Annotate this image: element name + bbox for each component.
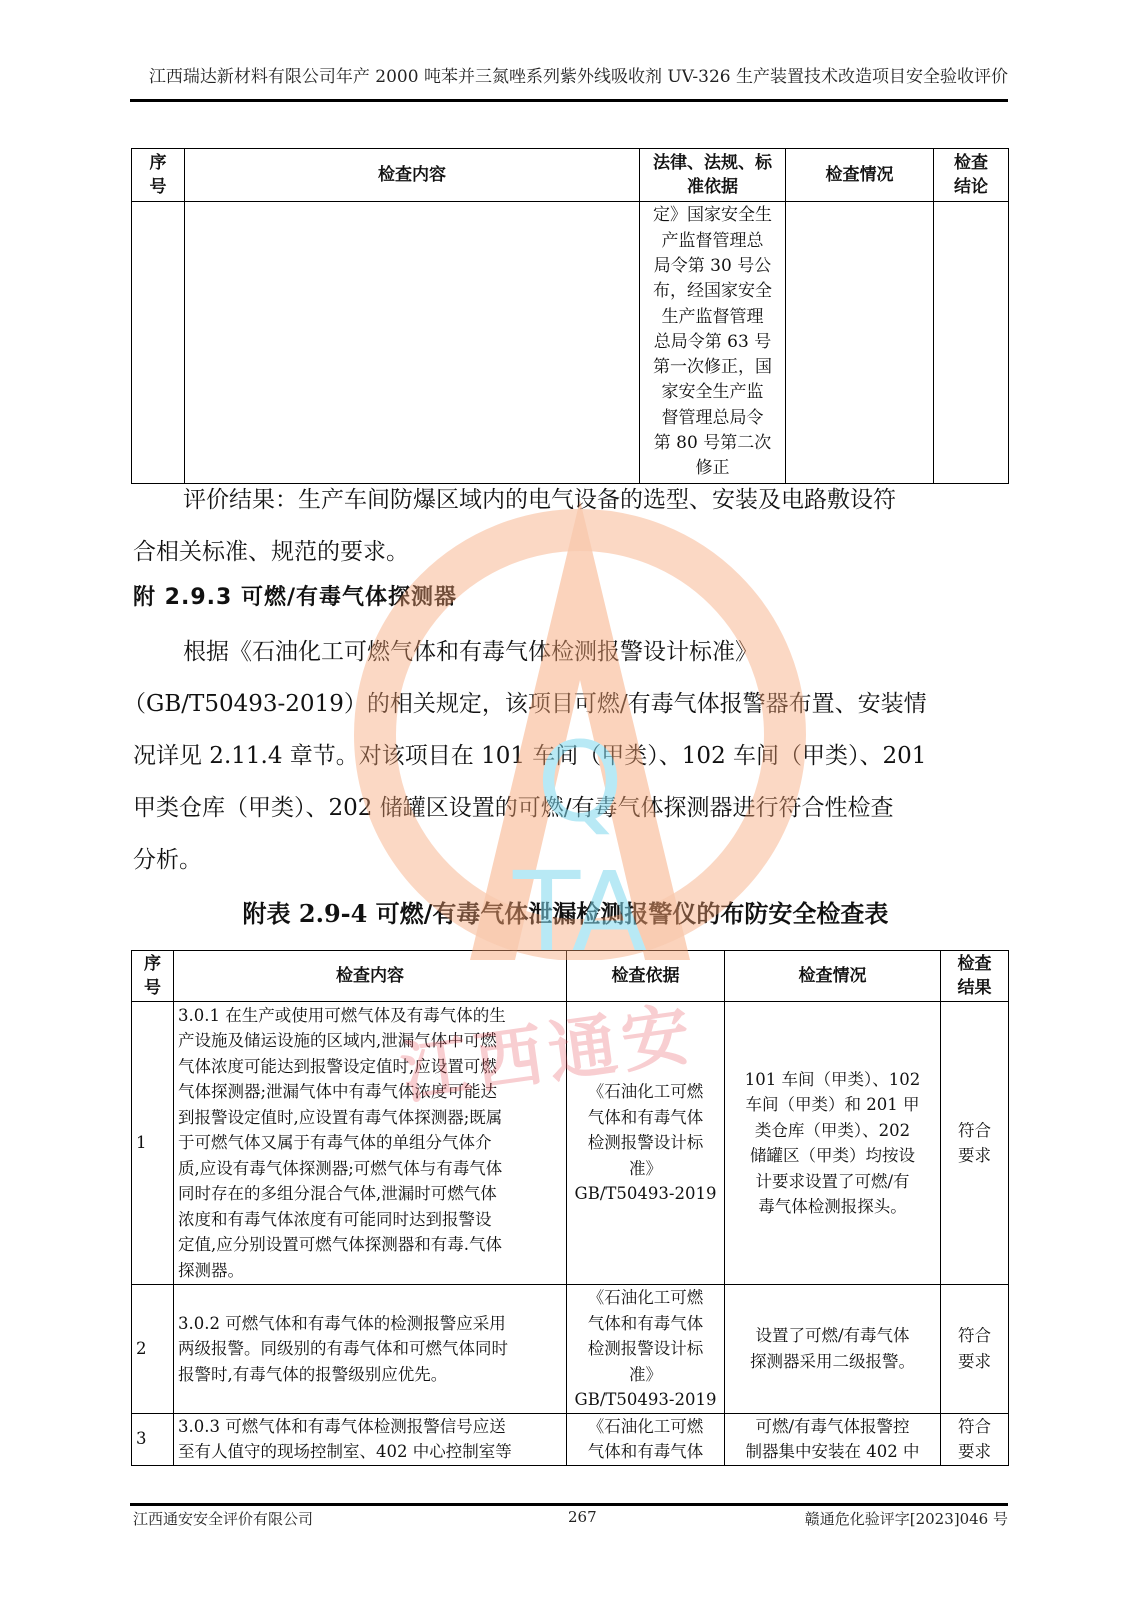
legal-basis-table: 序 号 检查内容 法律、法规、标 准依据 检查情况 检查 结论 定》国家安全生 …	[131, 148, 1009, 484]
col-header-situation: 检查情况	[786, 149, 934, 202]
para-line: 甲类仓库（甲类）、202 储罐区设置的可燃/有毒气体探测器进行符合性检查	[133, 795, 893, 821]
cell-content: 3.0.1 在生产或使用可燃气体及有毒气体的生 产设施及储运设施的区域内,泄漏气…	[174, 1002, 567, 1285]
cell-basis: 定》国家安全生 产监督管理总 局令第 30 号公 布，经国家安全 生产监督管理 …	[640, 202, 786, 484]
footer-doc-number: 赣通危化验评字[2023]046 号	[805, 1508, 1008, 1529]
cell-basis: 《石油化工可燃 气体和有毒气体	[567, 1413, 725, 1465]
header-rule	[130, 99, 1008, 102]
evaluation-result-line2: 合相关标准、规范的要求。	[133, 539, 409, 565]
table-header-row: 序 号 检查内容 检查依据 检查情况 检查 结果	[132, 951, 1009, 1002]
table-row: 定》国家安全生 产监督管理总 局令第 30 号公 布，经国家安全 生产监督管理 …	[132, 202, 1009, 484]
cell-conclusion	[934, 202, 1009, 484]
col-header-result: 检查 结果	[941, 951, 1009, 1002]
cell-number: 3	[132, 1413, 174, 1465]
page-header-title: 江西瑞达新材料有限公司年产 2000 吨苯并三氮唑系列紫外线吸收剂 UV-326…	[130, 62, 1008, 87]
footer-company: 江西通安安全评价有限公司	[133, 1508, 313, 1529]
col-header-number: 序 号	[132, 149, 185, 202]
table-header-row: 序 号 检查内容 法律、法规、标 准依据 检查情况 检查 结论	[132, 149, 1009, 202]
cell-result: 符合 要求	[941, 1413, 1009, 1465]
cell-situation: 设置了可燃/有毒气体 探测器采用二级报警。	[725, 1285, 941, 1414]
para-line: 分析。	[133, 847, 202, 873]
cell-basis: 《石油化工可燃 气体和有毒气体 检测报警设计标 准》 GB/T50493-201…	[567, 1002, 725, 1285]
table-row: 1 3.0.1 在生产或使用可燃气体及有毒气体的生 产设施及储运设施的区域内,泄…	[132, 1002, 1009, 1285]
footer-page-number: 267	[568, 1508, 597, 1526]
cell-situation: 101 车间（甲类）、102 车间（甲类）和 201 甲 类仓库（甲类）、202…	[725, 1002, 941, 1285]
evaluation-result: 评价结果：生产车间防爆区域内的电气设备的选型、安装及电路敷设符 合相关标准、规范…	[133, 474, 1008, 578]
cell-number: 1	[132, 1002, 174, 1285]
table-caption: 附表 2.9-4 可燃/有毒气体泄漏检测报警仪的布防安全检查表	[0, 894, 1131, 929]
col-header-number: 序 号	[132, 951, 174, 1002]
col-header-basis: 检查依据	[567, 951, 725, 1002]
para-line: 况详见 2.11.4 章节。对该项目在 101 车间（甲类）、102 车间（甲类…	[133, 743, 926, 769]
section-paragraph: 根据《石油化工可燃气体和有毒气体检测报警设计标准》 （GB/T50493-201…	[133, 626, 1008, 886]
cell-result: 符合 要求	[941, 1002, 1009, 1285]
para-line: （GB/T50493-2019）的相关规定，该项目可燃/有毒气体报警器布置、安装…	[123, 691, 927, 717]
gas-detector-check-table: 序 号 检查内容 检查依据 检查情况 检查 结果 1 3.0.1 在生产或使用可…	[131, 950, 1009, 1466]
cell-basis: 《石油化工可燃 气体和有毒气体 检测报警设计标 准》 GB/T50493-201…	[567, 1285, 725, 1414]
col-header-situation: 检查情况	[725, 951, 941, 1002]
footer-rule	[130, 1503, 1008, 1506]
col-header-conclusion: 检查 结论	[934, 149, 1009, 202]
cell-number	[132, 202, 185, 484]
table-row: 3 3.0.3 可燃气体和有毒气体检测报警信号应送 至有人值守的现场控制室、40…	[132, 1413, 1009, 1465]
cell-content	[185, 202, 640, 484]
cell-content: 3.0.2 可燃气体和有毒气体的检测报警应采用 两级报警。同级别的有毒气体和可燃…	[174, 1285, 567, 1414]
col-header-content: 检查内容	[185, 149, 640, 202]
evaluation-result-line1: 评价结果：生产车间防爆区域内的电气设备的选型、安装及电路敷设符	[183, 487, 896, 513]
para-line: 根据《石油化工可燃气体和有毒气体检测报警设计标准》	[183, 639, 758, 665]
section-heading: 附 2.9.3 可燃/有毒气体探测器	[133, 580, 457, 611]
cell-number: 2	[132, 1285, 174, 1414]
cell-content: 3.0.3 可燃气体和有毒气体检测报警信号应送 至有人值守的现场控制室、402 …	[174, 1413, 567, 1465]
table-row: 2 3.0.2 可燃气体和有毒气体的检测报警应采用 两级报警。同级别的有毒气体和…	[132, 1285, 1009, 1414]
cell-result: 符合 要求	[941, 1285, 1009, 1414]
cell-situation: 可燃/有毒气体报警控 制器集中安装在 402 中	[725, 1413, 941, 1465]
col-header-content: 检查内容	[174, 951, 567, 1002]
cell-situation	[786, 202, 934, 484]
col-header-basis: 法律、法规、标 准依据	[640, 149, 786, 202]
